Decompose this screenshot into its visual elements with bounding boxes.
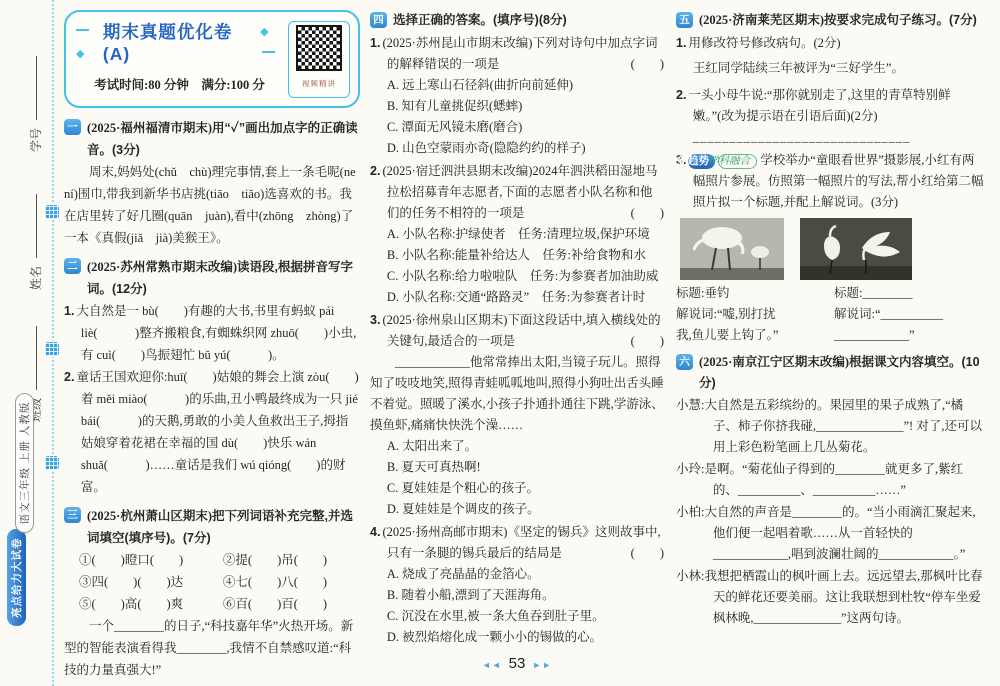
option: A. 小队名称:护绿使者 任务:清理垃圾,保护环境: [370, 224, 664, 245]
spine-edition-badge: 语文三年级 上册 人教版: [15, 393, 34, 534]
section-3-passage: 一个________的日子,“科技嘉年华”火热开场。新型的智能表演看得我____…: [64, 615, 360, 681]
option: C. 沉没在水里,被一条大鱼吞到肚子里。: [370, 606, 664, 627]
photo-1-narration-line-2: 我,鱼儿要上钩了。”: [676, 325, 822, 346]
idiom-blank: ③四( )( )达: [79, 571, 223, 593]
option: C. 小队名称:给力啦啦队 任务:为参赛者加油助威: [370, 266, 664, 287]
student-name-blank: [36, 194, 37, 258]
qr-caption: 视频精讲: [291, 73, 347, 95]
student-name-field: 姓名: [27, 194, 44, 290]
item-number: 1.: [64, 304, 74, 318]
idiom-blank: ⑤( )高( )爽: [79, 593, 223, 615]
student-id-label: 学号: [29, 128, 43, 152]
student-id-blank: [36, 56, 37, 120]
speaker-name: 小林:: [676, 569, 704, 583]
photo-captions: 标题:垂钓 解说词:“嘘,别打扰 我,鱼儿要上钩了。” 标题:________ …: [676, 283, 986, 346]
paper-title-box: ◆ 期末真题优化卷(A) ◆ 考试时间:80 分钟 满分:100 分 视频精讲: [64, 10, 360, 108]
answer-blank-line: ______________________________: [676, 127, 986, 148]
page-number: 53: [509, 655, 526, 672]
sentence-to-correct: 王红同学陆续三年被评为“三好学生”。: [676, 58, 986, 79]
binding-marker-icon: [45, 456, 59, 470]
question-2-stem: 2.(2025·宿迁泗洪县期末改编)2024年泗洪稻田湿地马拉松招募青年志愿者,…: [370, 161, 664, 224]
section-1-source: (2025·福州福清市期末): [87, 121, 212, 135]
section-5-q2: 2.一头小母牛说:“那你就别走了,这里的青草特别鲜嫩。”(改为提示语在引语后面)…: [676, 85, 986, 127]
title-ornament-right-icon: ◆: [260, 21, 283, 65]
idiom-blank: ④七( )八( ): [223, 571, 360, 593]
option: B. 知有儿童挑促织(蟋蟀): [370, 96, 664, 117]
section-3-number-badge: 三: [64, 507, 81, 523]
column-right: 五(2025·济南莱芜区期末)按要求完成句子练习。(7分) 1.用修改符号修改病…: [676, 10, 986, 629]
section-5-title: 按要求完成句子练习。(7分): [824, 13, 977, 27]
dialogue-line: 小林:我想把栖霞山的枫叶画上去。远远望去,那枫叶比春天的鲜花还要美丽。这让我联想…: [676, 566, 986, 629]
section-1-passage: 周末,妈妈处(chǔ chù)理完事情,套上一条毛呢(ne ní)围巾,带我到新…: [64, 161, 360, 249]
idiom-blank: ①( )瞪口( ): [79, 549, 223, 571]
section-4-title: 选择正确的答案。(填序号)(8分): [393, 13, 567, 27]
question-number: 3.: [370, 313, 380, 327]
section-6-heading: 六(2025·南京江宁区期末改编)根据课文内容填空。(10分): [676, 352, 986, 394]
student-id-field: 学号: [27, 56, 44, 152]
section-4-heading: 四选择正确的答案。(填序号)(8分): [370, 10, 664, 31]
section-1: 一(2025·福州福清市期末)用“✓”画出加点字的正确读音。(3分) 周末,妈妈…: [64, 117, 360, 249]
dialogue-text: 我想把栖霞山的枫叶画上去。远远望去,那枫叶比春天的鲜花还要美丽。这让我联想到杜牧…: [704, 569, 982, 625]
option: B. 小队名称:能量补给达人 任务:补给食物和水: [370, 245, 664, 266]
option: D. 山色空蒙雨亦奇(隐隐约约的样子): [370, 138, 664, 159]
question-source: (2025·徐州泉山区期末): [382, 313, 507, 327]
option: B. 随着小船,漂到了天涯海角。: [370, 585, 664, 606]
photo-row: [680, 218, 986, 280]
section-2-source: (2025·苏州常熟市期末改编): [87, 260, 237, 274]
question-text: 一头小母牛说:“那你就别走了,这里的青草特别鲜嫩。”(改为提示语在引语后面)(2…: [688, 88, 950, 123]
qr-box: 视频精讲: [288, 21, 350, 98]
section-6-number-badge: 六: [676, 354, 693, 370]
photo-egrets-dancing: [800, 218, 912, 280]
idiom-blank: ②提( )吊( ): [223, 549, 360, 571]
paper-title: 期末真题优化卷(A): [103, 21, 256, 65]
option: A. 烧成了亮晶晶的金箔心。: [370, 564, 664, 585]
section-5-source: (2025·济南莱芜区期末): [699, 13, 824, 27]
option: A. 太阳出来了。: [370, 436, 664, 457]
section-5-q3: 3.新趋势学科融合学校举办“童眼看世界”摄影展,小红有两幅照片参展。仿照第一幅照…: [676, 150, 986, 213]
qr-code-icon: [296, 25, 342, 71]
section-2-item-1: 1.大自然是一 bù( )有趣的大书,书里有蚂蚁 pái liè( )整齐搬粮食…: [64, 300, 360, 366]
photo-2-caption: 标题:________ 解说词:“__________ ____________…: [834, 283, 980, 346]
option: D. 夏娃娃是个调皮的孩子。: [370, 499, 664, 520]
section-3: 三(2025·杭州萧山区期末)把下列词语补充完整,并选词填空(填序号)。(7分)…: [64, 505, 360, 681]
option: D. 被烈焰熔化成一颗小小的锡做的心。: [370, 627, 664, 648]
answer-bracket: ( ): [648, 331, 664, 352]
question-4-stem: 4.(2025·扬州高邮市期末)《坚定的锡兵》这则故事中,只有一条腿的锡兵最后的…: [370, 522, 664, 564]
question-text: 用修改符号修改病句。(2分): [688, 36, 840, 50]
question-number: 4.: [370, 525, 380, 539]
option: C. 潭面无风镜未磨(磨合): [370, 117, 664, 138]
exam-meta: 考试时间:80 分钟 满分:100 分: [76, 74, 283, 96]
question-3-passage: ____________他常常捧出太阳,当镜子玩儿。照得知了吱吱地笑,照得青蛙呱…: [370, 352, 664, 436]
question-1-stem: 1.(2025·苏州昆山市期末改编)下列对诗句中加点字词的解释错误的一项是( ): [370, 33, 664, 75]
next-page-arrows-icon: ►►: [532, 660, 552, 670]
section-2-heading: 二(2025·苏州常熟市期末改编)读语段,根据拼音写字词。(12分): [64, 256, 360, 300]
section-4-number-badge: 四: [370, 12, 387, 28]
answer-bracket: ( ): [648, 543, 664, 564]
idiom-blank: ⑥百( )百( ): [223, 593, 360, 615]
dialogue-line: 小慧:大自然是五彩缤纷的。果园里的果子成熟了,“橘子、柿子你挤我碰,______…: [676, 395, 986, 458]
option: A. 远上寒山石径斜(曲折向前延伸): [370, 75, 664, 96]
speaker-name: 小柏:: [676, 505, 704, 519]
item-text: 大自然是一 bù( )有趣的大书,书里有蚂蚁 pái liè( )整齐搬粮食,有…: [76, 304, 356, 362]
book-spine: 亮点给力大试卷 语文三年级 上册 人教版: [7, 393, 26, 626]
section-2-item-2: 2.童话王国欢迎你:huī( )姑娘的舞会上演 zòu( )着 měi miào…: [64, 366, 360, 498]
question-number: 1.: [676, 36, 686, 50]
dialogue-text: 是啊。“菊花仙子得到的________就更多了,紫红的、__________、_…: [704, 462, 963, 497]
section-1-number-badge: 一: [64, 119, 81, 135]
section-6-source: (2025·南京江宁区期末改编): [699, 355, 849, 369]
option: C. 夏娃娃是个粗心的孩子。: [370, 478, 664, 499]
idiom-grid: ①( )瞪口( ) ②提( )吊( ) ③四( )( )达 ④七( )八( ) …: [64, 549, 360, 615]
photo-1-narration-line-1: 解说词:“嘘,别打扰: [676, 304, 822, 325]
answer-bracket: ( ): [648, 203, 664, 224]
question-number: 2.: [370, 164, 380, 178]
section-5-heading: 五(2025·济南莱芜区期末)按要求完成句子练习。(7分): [676, 10, 986, 31]
dialogue-line: 小柏:大自然的声音是________的。“当小雨滴汇聚起来,他们便一起唱着歌………: [676, 502, 986, 565]
speaker-name: 小慧:: [676, 398, 704, 412]
question-3-stem: 3.(2025·徐州泉山区期末)下面这段话中,填入横线处的关键句,最适合的一项是…: [370, 310, 664, 352]
photo-2-narration-blank-2: ____________”: [834, 325, 980, 346]
section-3-source: (2025·杭州萧山区期末): [87, 509, 212, 523]
section-5-number-badge: 五: [676, 12, 693, 28]
dialogue-line: 小玲:是啊。“菊花仙子得到的________就更多了,紫红的、_________…: [676, 459, 986, 501]
student-name-label: 姓名: [29, 266, 43, 290]
column-middle: 四选择正确的答案。(填序号)(8分) 1.(2025·苏州昆山市期末改编)下列对…: [370, 10, 664, 676]
subject-integration-badge: 学科融合: [718, 154, 757, 169]
dialogue-text: 大自然是五彩缤纷的。果园里的果子成熟了,“橘子、柿子你挤我碰,_________…: [704, 398, 981, 454]
title-ornament-left-icon: ◆: [76, 21, 99, 65]
page-footer: ◄◄53►►: [370, 653, 664, 676]
section-2-number-badge: 二: [64, 258, 81, 274]
answer-bracket: ( ): [648, 54, 664, 75]
question-source: (2025·扬州高邮市期末): [382, 525, 507, 539]
question-source: (2025·宿迁泗洪县期末改编): [382, 164, 532, 178]
photo-2-narration-blank-1: 解说词:“__________: [834, 304, 980, 325]
speaker-name: 小玲:: [676, 462, 704, 476]
section-5-q1: 1.用修改符号修改病句。(2分): [676, 33, 986, 54]
worksheet-page: 学号 姓名 班级 亮点给力大试卷 语文三年级 上册 人教版 ◆ 期末真题优化卷(…: [0, 0, 1000, 686]
photo-2-title-blank: 标题:________: [834, 283, 980, 304]
photo-egret-fishing: [680, 218, 784, 280]
question-source: (2025·苏州昆山市期末改编): [382, 36, 532, 50]
item-number: 2.: [64, 370, 74, 384]
spine-brand-badge: 亮点给力大试卷: [7, 530, 26, 627]
option: D. 小队名称:交通“路路灵” 任务:为参赛者计时: [370, 287, 664, 308]
dialogue-text: 大自然的声音是________的。“当小雨滴汇聚起来,他们便一起唱着歌……从一首…: [704, 505, 975, 561]
question-number: 2.: [676, 88, 686, 102]
binding-marker-icon: [45, 205, 59, 219]
column-left: ◆ 期末真题优化卷(A) ◆ 考试时间:80 分钟 满分:100 分 视频精讲 …: [64, 10, 360, 681]
photo-1-title: 标题:垂钓: [676, 283, 822, 304]
item-text: 童话王国欢迎你:huī( )姑娘的舞会上演 zòu( )着 měi miào( …: [76, 370, 358, 494]
photo-1-caption: 标题:垂钓 解说词:“嘘,别打扰 我,鱼儿要上钩了。”: [676, 283, 822, 346]
section-1-heading: 一(2025·福州福清市期末)用“✓”画出加点字的正确读音。(3分): [64, 117, 360, 161]
binding-marker-icon: [45, 342, 59, 356]
option: B. 夏天可真热啊!: [370, 457, 664, 478]
section-2: 二(2025·苏州常熟市期末改编)读语段,根据拼音写字词。(12分) 1.大自然…: [64, 256, 360, 498]
section-3-heading: 三(2025·杭州萧山区期末)把下列词语补充完整,并选词填空(填序号)。(7分): [64, 505, 360, 549]
prev-page-arrows-icon: ◄◄: [482, 660, 502, 670]
question-number: 1.: [370, 36, 380, 50]
class-blank: [36, 326, 37, 390]
